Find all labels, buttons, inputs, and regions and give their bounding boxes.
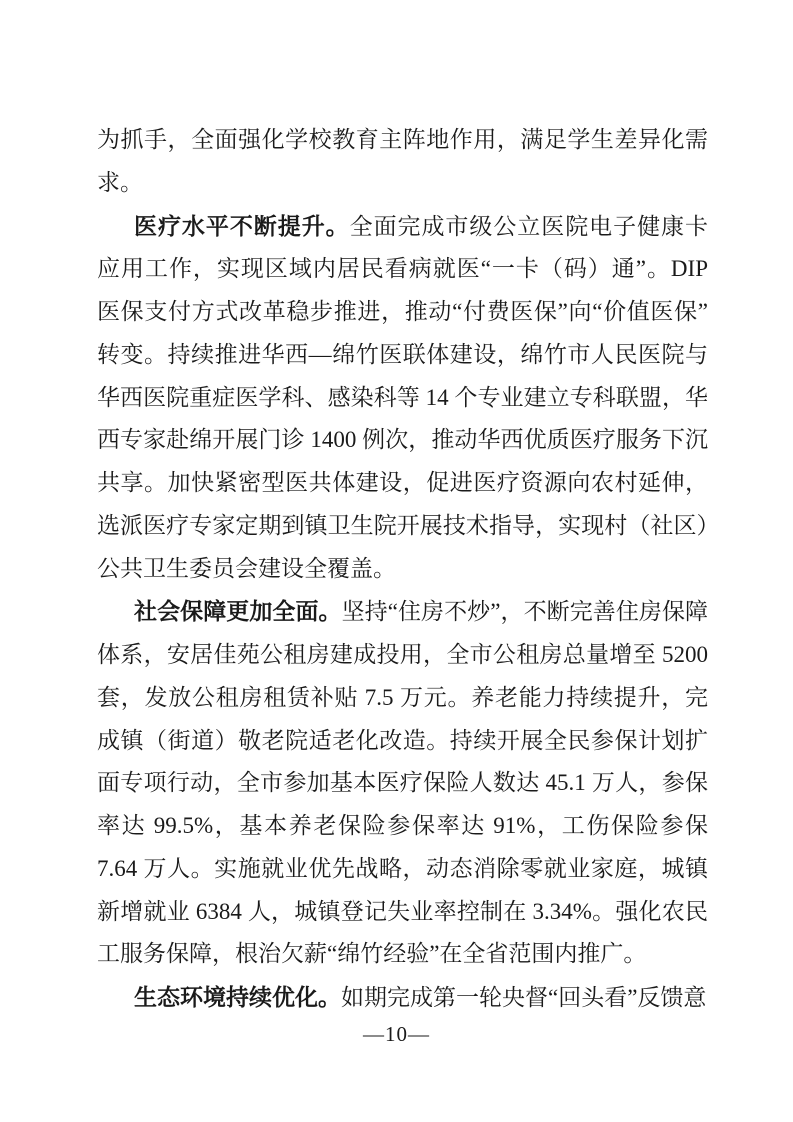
paragraph-lead-heading: 社会保障更加全面。 — [134, 598, 342, 624]
paragraph-ecology: 生态环境持续优化。如期完成第一轮央督“回头看”反馈意 — [97, 976, 708, 1020]
document-body: 为抓手，全面强化学校教育主阵地作用，满足学生差异化需求。 医疗水平不断提升。全面… — [97, 119, 708, 1020]
paragraph-medical-care: 医疗水平不断提升。全面完成市级公立医院电子健康卡应用工作，实现区域内居民看病就医… — [97, 205, 708, 591]
paragraph-text: 为抓手，全面强化学校教育主阵地作用，满足学生差异化需求。 — [97, 127, 708, 195]
paragraph-text: 坚持“住房不炒”，不断完善住房保障体系，安居佳苑公租房建成投用，全市公租房总量增… — [97, 599, 708, 966]
document-page: 为抓手，全面强化学校教育主阵地作用，满足学生差异化需求。 医疗水平不断提升。全面… — [0, 0, 793, 1122]
page-number: —10— — [0, 1022, 793, 1046]
paragraph-continuation: 为抓手，全面强化学校教育主阵地作用，满足学生差异化需求。 — [97, 119, 708, 205]
paragraph-lead-heading: 医疗水平不断提升。 — [134, 213, 350, 239]
paragraph-social-security: 社会保障更加全面。坚持“住房不炒”，不断完善住房保障体系，安居佳苑公租房建成投用… — [97, 590, 708, 976]
paragraph-lead-heading: 生态环境持续优化。 — [134, 984, 341, 1010]
paragraph-text: 如期完成第一轮央督“回头看”反馈意 — [341, 985, 706, 1010]
paragraph-text: 全面完成市级公立医院电子健康卡应用工作，实现区域内居民看病就医“一卡（码）通”。… — [97, 214, 708, 581]
